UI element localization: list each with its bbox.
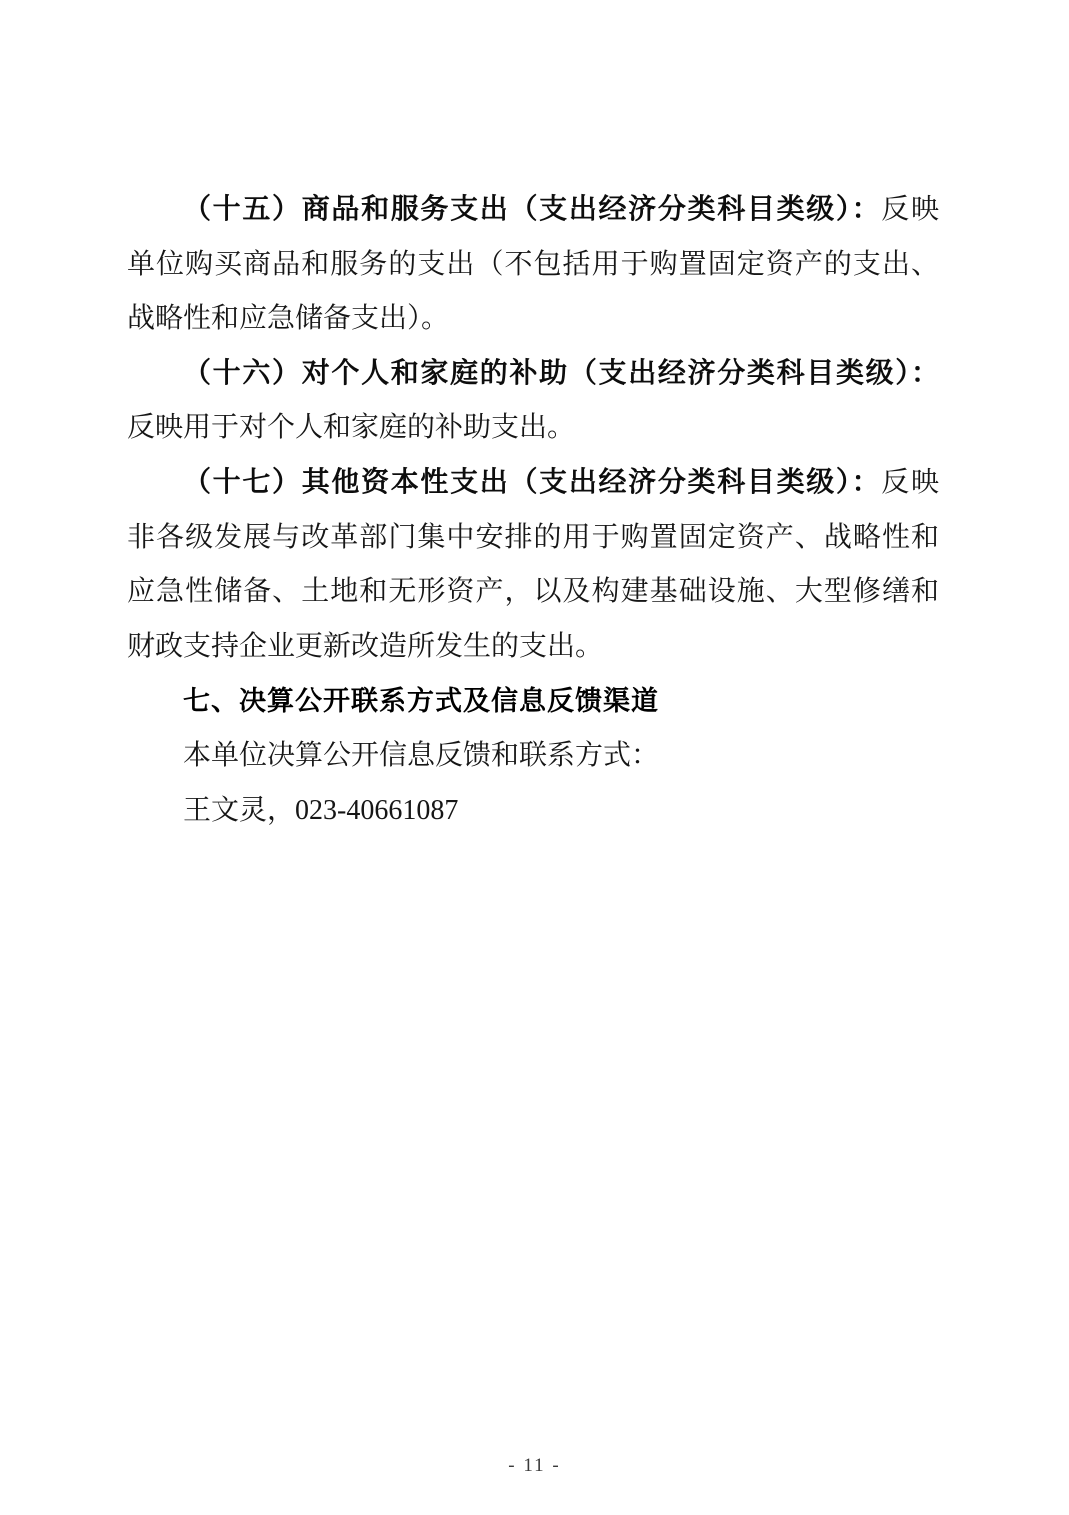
clause-17-line-1-text: 反映 [881,467,939,498]
clause-16-line-2: 反映用于对个人和家庭的补助支出。 [127,401,939,456]
clause-15-heading: （十五）商品和服务支出（支出经济分类科目类级）： [183,194,881,225]
clause-15-line-3: 战略性和应急储备支出）。 [127,292,939,347]
clause-15-line-2: 单位购买商品和服务的支出（不包括用于购置固定资产的支出、 [127,238,939,293]
clause-17-line-4: 财政支持企业更新改造所发生的支出。 [127,620,939,675]
clause-17-line-3: 应急性储备、土地和无形资产，以及构建基础设施、大型修缮和 [127,565,939,620]
clause-17-line-1: （十七）其他资本性支出（支出经济分类科目类级）：反映 [127,456,939,511]
document-page: （十五）商品和服务支出（支出经济分类科目类级）：反映 单位购买商品和服务的支出（… [0,0,1069,1515]
clause-17-line-2: 非各级发展与改革部门集中安排的用于购置固定资产、战略性和 [127,511,939,566]
contact-intro-line: 本单位决算公开信息反馈和联系方式： [127,729,939,784]
document-text-block: （十五）商品和服务支出（支出经济分类科目类级）：反映 单位购买商品和服务的支出（… [127,183,939,838]
clause-16-heading: （十六）对个人和家庭的补助（支出经济分类科目类级）： [183,358,939,389]
page-number: - 11 - [0,1455,1069,1477]
clause-17-heading: （十七）其他资本性支出（支出经济分类科目类级）： [183,467,881,498]
clause-15-line-1-text: 反映 [881,194,939,225]
section-7-heading: 七、决算公开联系方式及信息反馈渠道 [127,674,939,729]
clause-15-line-1: （十五）商品和服务支出（支出经济分类科目类级）：反映 [127,183,939,238]
clause-16-line-1: （十六）对个人和家庭的补助（支出经济分类科目类级）： [127,347,939,402]
contact-name-phone: 王文灵，023-40661087 [127,784,939,839]
